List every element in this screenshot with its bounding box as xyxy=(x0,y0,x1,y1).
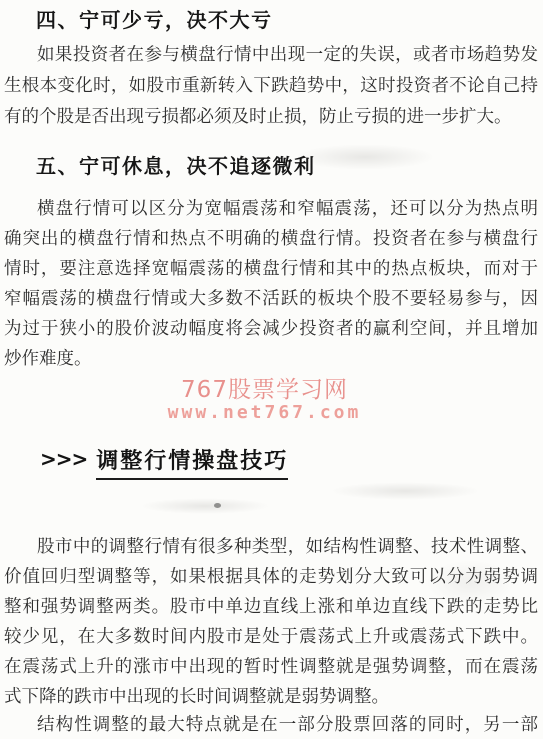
text-line: 横盘行情可以区分为宽幅震荡和窄幅震荡，还可以分为热点明 xyxy=(4,193,538,223)
scan-speck xyxy=(214,503,221,508)
text-line: 在震荡式上升的涨市中出现的暂时性调整就是强势调整，而在震荡 xyxy=(4,651,538,681)
text-line: 较少见，在大多数时间内股市是处于震荡式上升或震荡式下跌中。 xyxy=(4,621,538,651)
section-heading-5: 五、宁可休息，决不追逐微利 xyxy=(36,150,316,179)
text-line: 股市中的调整行情有很多种类型，如结构性调整、技术性调整、 xyxy=(4,531,538,561)
scan-smudge xyxy=(295,144,435,170)
scan-smudge xyxy=(140,498,270,514)
chapter-paragraph-2: 结构性调整的最大特点就是在一部分股票回落的同时，另一部 xyxy=(4,709,538,739)
watermark-site-url: www.net767.com xyxy=(0,404,529,422)
chapter-paragraph-1: 股市中的调整行情有很多种类型，如结构性调整、技术性调整、价值回归型调整等，如果根… xyxy=(4,531,538,711)
watermark: 767股票学习网 www.net767.com xyxy=(0,379,529,422)
text-line: 价值回归型调整等，如果根据具体的走势划分大致可以分为弱势调 xyxy=(4,561,538,591)
text-line: 式下降的跌市中出现的长时间调整就是弱势调整。 xyxy=(4,681,538,711)
chapter-marker-arrows: >>> xyxy=(40,447,87,471)
text-line: 有的个股是否出现亏损都必须及时止损，防止亏损的进一步扩大。 xyxy=(4,101,538,132)
section-heading-4: 四、宁可少亏，决不大亏 xyxy=(36,4,273,33)
section4-paragraph: 如果投资者在参与横盘行情中出现一定的失误，或者市场趋势发生根本变化时，如股市重新… xyxy=(4,39,538,132)
section5-paragraph: 横盘行情可以区分为宽幅震荡和窄幅震荡，还可以分为热点明确突出的横盘行情和热点不明… xyxy=(4,193,538,373)
scan-smudge xyxy=(330,482,480,500)
text-line: 炒作难度。 xyxy=(4,343,538,373)
book-page: 四、宁可少亏，决不大亏 如果投资者在参与横盘行情中出现一定的失误，或者市场趋势发… xyxy=(0,0,543,739)
text-line: 如果投资者在参与横盘行情中出现一定的失误，或者市场趋势发 xyxy=(4,39,538,70)
text-line: 为过于狭小的股价波动幅度将会减少投资者的赢利空间，并且增加 xyxy=(4,313,538,343)
chapter-title: 调整行情操盘技巧 xyxy=(96,449,288,480)
text-line: 确突出的横盘行情和热点不明确的横盘行情。投资者在参与横盘行 xyxy=(4,223,538,253)
text-line: 结构性调整的最大特点就是在一部分股票回落的同时，另一部 xyxy=(4,709,538,739)
text-line: 情时，要注意选择宽幅震荡的横盘行情和其中的热点板块，而对于 xyxy=(4,253,538,283)
chapter-heading: >>>调整行情操盘技巧 xyxy=(40,444,288,475)
text-line: 窄幅震荡的横盘行情或大多数不活跃的板块个股不要轻易参与，因 xyxy=(4,283,538,313)
watermark-site-name: 767股票学习网 xyxy=(0,379,529,402)
text-line: 生根本变化时，如股市重新转入下跌趋势中，这时投资者不论自己持 xyxy=(4,70,538,101)
text-line: 整和强势调整两类。股市中单边直线上涨和单边直线下跌的走势比 xyxy=(4,591,538,621)
